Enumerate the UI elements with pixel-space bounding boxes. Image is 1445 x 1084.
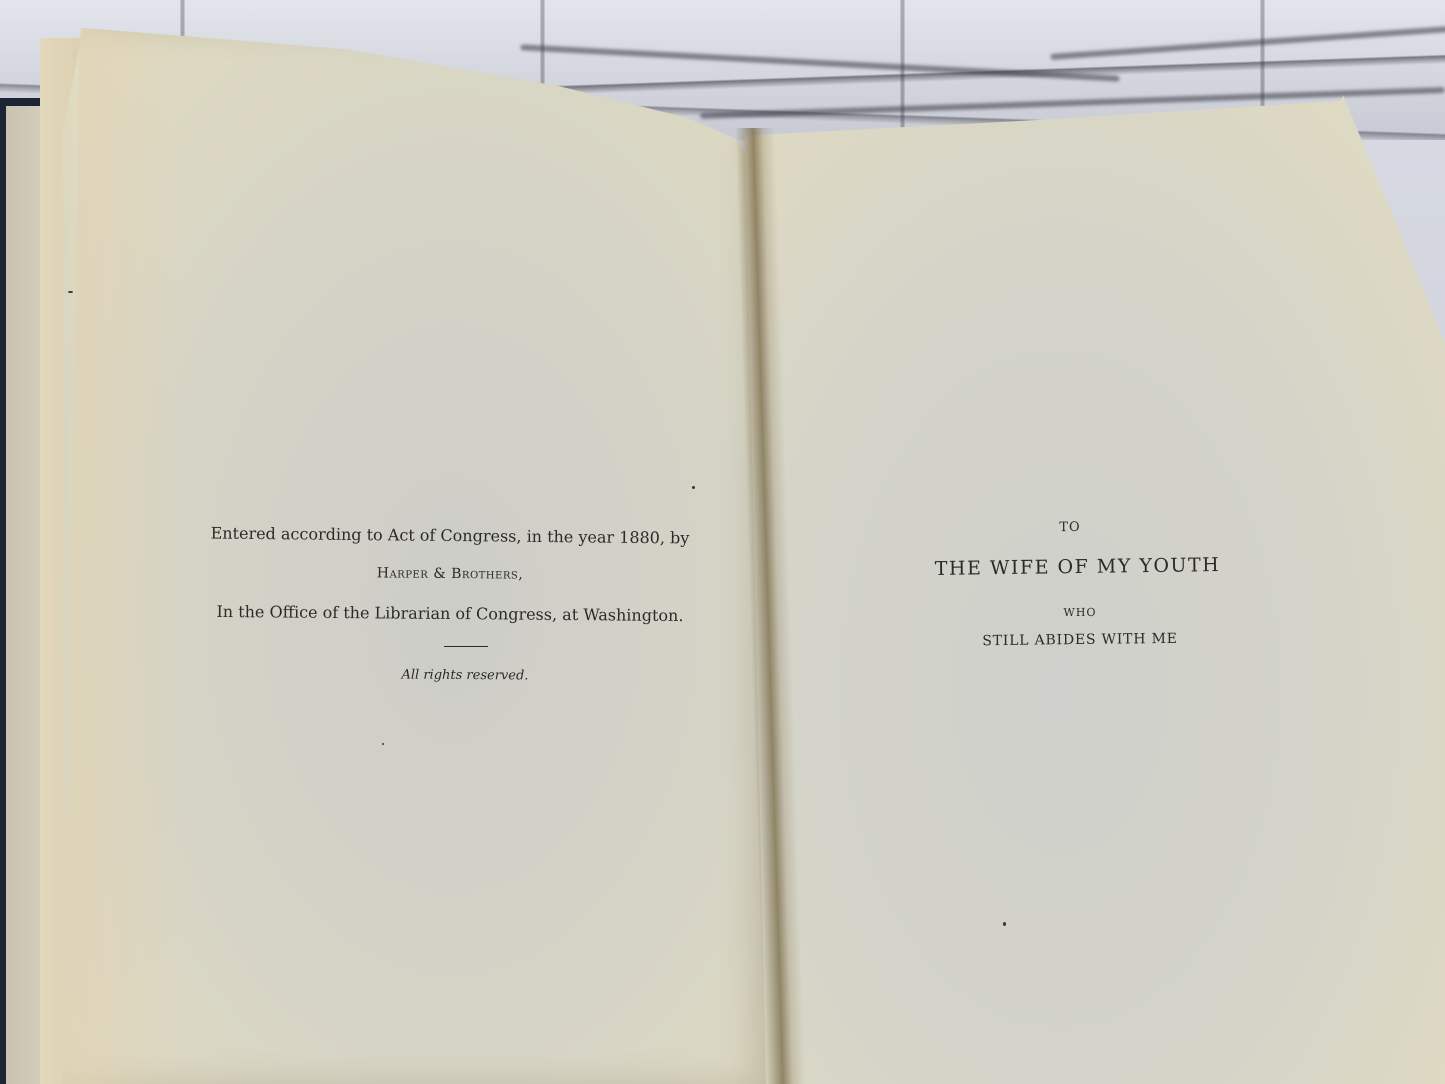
dedication-to: TO	[970, 519, 1170, 536]
paper-speck	[68, 291, 73, 293]
paper-speck	[692, 486, 695, 489]
book-photo-scene: Entered according to Act of Congress, in…	[0, 0, 1445, 1084]
right-page	[745, 96, 1445, 1084]
imprint-divider	[444, 646, 488, 647]
dedication-who: WHO	[980, 605, 1180, 620]
left-page-edge-shade	[62, 28, 182, 1084]
dedication-main: THE WIFE OF MY YOUTH	[910, 554, 1245, 581]
dedication-still: STILL ABIDES WITH ME	[950, 630, 1210, 649]
paper-speck	[382, 743, 384, 745]
paper-speck	[1003, 922, 1006, 926]
